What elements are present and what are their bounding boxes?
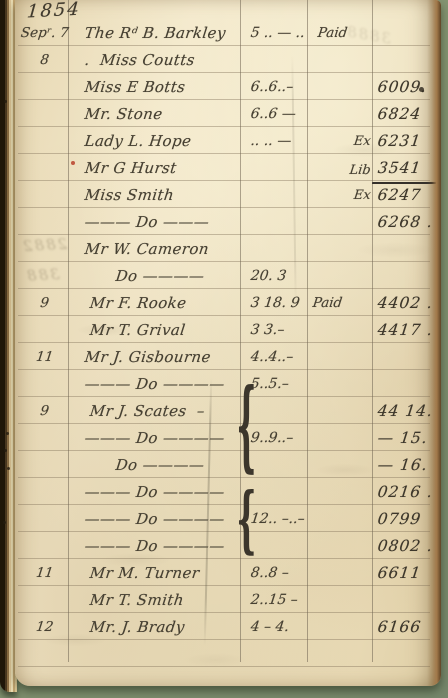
entry-amount-cell bbox=[240, 236, 375, 263]
entry-date bbox=[18, 587, 71, 614]
entry-date bbox=[18, 128, 71, 155]
entry-date: 9 bbox=[18, 290, 71, 317]
entry-name: ——— Do ———— bbox=[68, 425, 243, 452]
ledger-row: Miss E Botts6..6..–6009. bbox=[18, 74, 428, 101]
ledger-row: Miss SmithEx6247 bbox=[18, 182, 428, 209]
ledger-ref-label: Lib bbox=[348, 157, 372, 184]
ledger-number: 6611 bbox=[372, 560, 431, 587]
entry-amount-cell bbox=[240, 209, 375, 236]
entry-name: Do ———— bbox=[68, 452, 243, 479]
entry-amount-cell: 4 – 4. bbox=[240, 614, 375, 641]
entry-name: Miss E Botts bbox=[68, 74, 243, 101]
entry-amount: 2..15 – bbox=[250, 592, 299, 608]
entry-amount-cell: Ex bbox=[240, 182, 375, 209]
entry-amount: 4..4..– bbox=[250, 349, 295, 365]
ink-speck bbox=[4, 100, 7, 103]
entry-name: Do ———— bbox=[68, 263, 243, 290]
ledger-row: ——— Do ————0802 . bbox=[18, 533, 428, 560]
ledger-number: — 16. bbox=[372, 452, 431, 479]
entry-name: Mr G Hurst bbox=[68, 155, 244, 184]
entry-name: Mr T. Grival bbox=[68, 317, 243, 344]
entry-amount: 3 3.– bbox=[250, 322, 286, 338]
entry-date bbox=[18, 101, 71, 128]
ink-blot bbox=[419, 87, 424, 92]
entry-amount-cell bbox=[240, 47, 375, 74]
ink-speck bbox=[4, 449, 7, 452]
entry-name: Mr T. Smith bbox=[68, 587, 243, 614]
entry-amount: 20. 3 bbox=[250, 268, 288, 284]
entry-date: 8 bbox=[18, 47, 71, 74]
ledger-row: Mr T. Grival3 3.–4417 . bbox=[18, 317, 428, 344]
ledger-number bbox=[372, 344, 431, 371]
paid-label: Paid bbox=[312, 295, 343, 311]
ink-speck bbox=[7, 467, 10, 470]
ledger-row: Lady L. Hope.. .. —Ex6231 bbox=[18, 128, 428, 155]
entry-name: Mr. J. Brady bbox=[68, 614, 243, 641]
ledger-number: 6247 bbox=[372, 182, 431, 209]
ledger-row: ——— Do ————12.. –..–0799 bbox=[18, 506, 428, 533]
entry-date bbox=[18, 479, 71, 506]
ledger-number bbox=[372, 47, 431, 74]
entry-name: Mr F. Rooke bbox=[68, 290, 243, 317]
ledger-rows: Sepʳ. 7The Rᵈ B. Barkley5 .. — ..Paid8. … bbox=[18, 20, 428, 641]
entry-amount-cell bbox=[240, 479, 375, 506]
entry-name: Lady L. Hope bbox=[68, 128, 243, 155]
ledger-number: — 15. bbox=[372, 425, 431, 452]
entry-date bbox=[18, 533, 71, 560]
entry-name: Mr. Stone bbox=[68, 101, 243, 128]
entry-amount: 5 .. — .. bbox=[250, 25, 306, 41]
entry-amount-cell: 8..8 – bbox=[240, 560, 375, 587]
ledger-page: 1854 Sepʳ. 7The Rᵈ B. Barkley5 .. — ..Pa… bbox=[15, 0, 441, 686]
ledger-number: 44 14. bbox=[372, 398, 431, 425]
entry-date bbox=[18, 425, 71, 452]
entry-name: Mr J. Gisbourne bbox=[68, 344, 243, 371]
ledger-row: 9 Mr J. Scates –44 14. bbox=[18, 398, 428, 425]
entry-date bbox=[18, 317, 71, 344]
ledger-row: 11 Mr M. Turner8..8 –6611 bbox=[18, 560, 428, 587]
entry-amount: .. .. — bbox=[250, 133, 293, 149]
ledger-number: 0799 bbox=[372, 506, 431, 533]
ledger-row: 12 Mr. J. Brady4 – 4.6166 bbox=[18, 614, 428, 641]
entry-date: 11 bbox=[18, 560, 71, 587]
bleedthrough-writing: 2882 bbox=[21, 235, 68, 255]
ledger-row: Do ————20. 3 bbox=[18, 263, 428, 290]
entry-amount-cell: 6..6..– bbox=[240, 74, 375, 101]
ledger-number: 0216 . bbox=[372, 479, 431, 506]
entry-date: Sepʳ. 7 bbox=[18, 20, 71, 47]
entry-amount-cell: 3 18. 9Paid bbox=[240, 290, 375, 317]
entry-amount: 8..8 – bbox=[250, 565, 290, 581]
ledger-number: 0802 . bbox=[372, 533, 431, 560]
entry-amount-cell: 12.. –..– bbox=[240, 506, 375, 533]
ledger-number: 6268 . bbox=[372, 209, 431, 236]
ledger-number: 4417 . bbox=[372, 317, 431, 344]
entry-amount-cell: 5..5.– bbox=[240, 371, 375, 398]
entry-amount-cell: 3 3.– bbox=[240, 317, 375, 344]
group-brace-icon: { bbox=[236, 484, 256, 556]
entry-amount: 6..6..– bbox=[250, 79, 295, 95]
entry-amount: 3 18. 9 bbox=[250, 295, 301, 311]
entry-amount-cell: 2..15 – bbox=[240, 587, 375, 614]
entry-amount-cell: 6..6 — bbox=[240, 101, 375, 128]
red-ink-dot bbox=[71, 161, 75, 165]
entry-name: The Rᵈ B. Barkley bbox=[68, 20, 243, 47]
ledger-number: 6824 bbox=[372, 101, 431, 128]
entry-name: ——— Do ———— bbox=[68, 506, 243, 533]
bleedthrough-writing: 388 bbox=[25, 265, 61, 285]
ledger-ref-label: Ex bbox=[352, 128, 372, 155]
ledger-row: ——— Do ————5..5.– bbox=[18, 371, 428, 398]
ledger-row: Do ————— 16. bbox=[18, 452, 428, 479]
ledger-row: Mr W. Cameron bbox=[18, 236, 428, 263]
entry-date: 9 bbox=[18, 398, 71, 425]
entry-date bbox=[18, 182, 71, 209]
entry-name: ——— Do ———— bbox=[68, 479, 243, 506]
ledger-row: Mr. Stone6..6 —6824 bbox=[18, 101, 428, 128]
ledger-number: 4402 . bbox=[372, 290, 431, 317]
entry-date: 12 bbox=[18, 614, 71, 641]
entry-date bbox=[18, 209, 71, 236]
ledger-number: 6231 bbox=[372, 128, 431, 155]
entry-amount: 12.. –..– bbox=[250, 511, 306, 527]
entry-amount-cell: Lib bbox=[240, 155, 376, 184]
entry-amount-cell: .. .. —Ex bbox=[240, 128, 375, 155]
group-brace-icon: { bbox=[236, 377, 256, 475]
entry-amount-cell: 9..9..– bbox=[240, 425, 375, 452]
ledger-row: Mr T. Smith2..15 – bbox=[18, 587, 428, 614]
entry-amount: 4 – 4. bbox=[250, 619, 290, 635]
ledger-row: ——— Do ————0216 . bbox=[18, 479, 428, 506]
entry-date bbox=[18, 452, 71, 479]
entry-amount-cell: 20. 3 bbox=[240, 263, 375, 290]
entry-name: ——— Do ———— bbox=[68, 533, 243, 560]
entry-amount-cell: 4..4..– bbox=[240, 344, 375, 371]
entry-date bbox=[18, 506, 71, 533]
entry-amount: 6..6 — bbox=[250, 106, 297, 122]
ledger-number bbox=[372, 263, 431, 290]
entry-name: Mr W. Cameron bbox=[68, 236, 243, 263]
ledger-number: 6166 bbox=[372, 614, 431, 641]
ledger-ref-label: Ex bbox=[352, 182, 372, 209]
entry-date bbox=[18, 74, 71, 101]
ledger-row: 11Mr J. Gisbourne4..4..– bbox=[18, 344, 428, 371]
entry-amount-cell bbox=[240, 398, 375, 425]
ink-speck bbox=[6, 432, 9, 435]
page-edge bbox=[427, 0, 441, 686]
ledger-number bbox=[372, 371, 431, 398]
ledger-row: Mr G HurstLib3541 bbox=[18, 155, 428, 182]
entry-name: Mr J. Scates – bbox=[68, 398, 243, 425]
entry-date bbox=[18, 155, 72, 184]
ledger-row: ——— Do ————9..9..–— 15. bbox=[18, 425, 428, 452]
entry-name: . Miss Coutts bbox=[68, 47, 243, 74]
entry-amount-cell bbox=[240, 452, 375, 479]
entry-name: ——— Do ———— bbox=[68, 371, 243, 398]
ledger-number bbox=[372, 236, 431, 263]
ledger-row: 8. Miss Coutts bbox=[18, 47, 428, 74]
ledger-row: 9 Mr F. Rooke3 18. 9Paid4402 . bbox=[18, 290, 428, 317]
ink-speck bbox=[3, 521, 6, 524]
entry-name: ——— Do ——— bbox=[68, 209, 243, 236]
entry-date bbox=[18, 371, 71, 398]
entry-name: Mr M. Turner bbox=[68, 560, 243, 587]
entry-name: Miss Smith bbox=[68, 182, 243, 209]
ledger-scan: 1854 Sepʳ. 7The Rᵈ B. Barkley5 .. — ..Pa… bbox=[0, 0, 448, 698]
entry-date: 11 bbox=[18, 344, 71, 371]
ledger-number bbox=[372, 587, 431, 614]
entry-amount-cell bbox=[240, 533, 375, 560]
ledger-row: ——— Do ———6268 . bbox=[18, 209, 428, 236]
